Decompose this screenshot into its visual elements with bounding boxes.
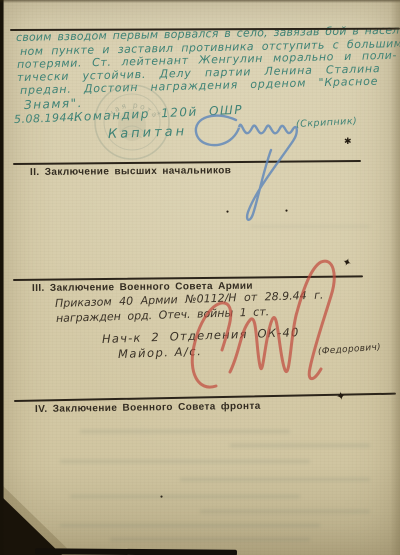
scan-edge-bottom xyxy=(35,548,237,555)
scan-edge-top xyxy=(0,0,400,3)
award-sheet-scan: ная рота ✶ своим взводом первым ворвался… xyxy=(0,0,400,555)
rule-section-iii xyxy=(13,275,363,281)
army-officer-line-2: Майор. А/с. xyxy=(118,344,203,361)
scan-edge-right xyxy=(390,0,400,555)
ink-blot: ✦ xyxy=(335,389,347,403)
scan-edge-left xyxy=(0,0,4,555)
ink-blot: ✱ xyxy=(344,137,352,146)
bleed-through-smudge xyxy=(60,460,310,463)
bleed-through-smudge xyxy=(80,430,290,433)
commander-rank: Капитан xyxy=(108,124,188,142)
section-ii-title: II. Заключение высших начальников xyxy=(30,165,231,178)
section-iv-title: IV. Заключение Военного Совета фронта xyxy=(35,401,261,415)
bleed-through-smudge xyxy=(230,444,370,447)
commander-signer-name: (Скрипник) xyxy=(296,116,358,130)
army-officer-line-1: Нач-к 2 Отделения ОК-40 xyxy=(102,325,300,346)
conclusion-date: 5.08.1944. xyxy=(14,111,79,126)
rule-section-ii xyxy=(13,160,361,165)
ink-blot: ✦ xyxy=(340,257,352,270)
ink-blot: ● xyxy=(285,209,288,214)
red-signature-ink xyxy=(192,261,334,387)
army-signer-name: (Федорович) xyxy=(318,343,382,357)
bleed-through-smudge xyxy=(250,225,370,228)
ink-blot: ● xyxy=(226,210,229,215)
